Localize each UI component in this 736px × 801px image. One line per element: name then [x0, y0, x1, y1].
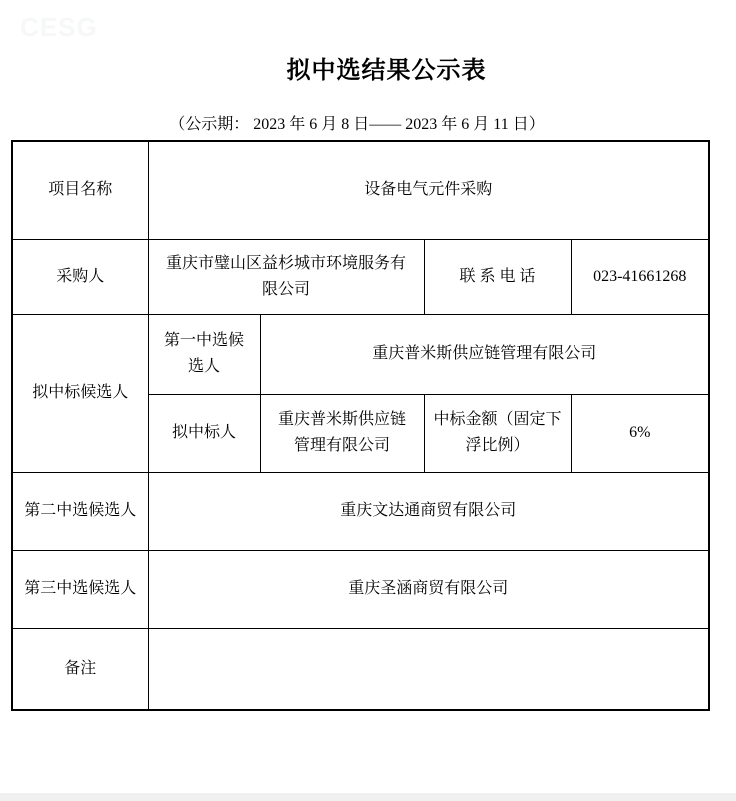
first-candidate-label: 第一中选候选人	[148, 314, 260, 394]
project-name-value: 设备电气元件采购	[148, 141, 709, 239]
award-amount-value: 6%	[571, 394, 709, 472]
proposed-winner-value: 重庆普米斯供应链管理有限公司	[260, 394, 424, 472]
publicity-period: （公示期： 2023 年 6 月 8 日—— 2023 年 6 月 11 日）	[0, 111, 714, 134]
first-candidate-value: 重庆普米斯供应链管理有限公司	[260, 314, 709, 394]
proposed-winner-value-text: 重庆普米斯供应链管理有限公司	[277, 407, 407, 458]
table-row-third-candidate: 第三中选候选人 重庆圣涵商贸有限公司	[12, 550, 709, 628]
table-row-remarks: 备注	[12, 628, 709, 710]
project-name-label: 项目名称	[12, 141, 148, 239]
purchaser-value-text: 重庆市璧山区益杉城市环境服务有限公司	[164, 251, 409, 302]
page-title: 拟中选结果公示表	[37, 50, 736, 85]
cesg-watermark: CESG	[20, 12, 98, 43]
table-row-first-candidate: 拟中标候选人 第一中选候选人 重庆普米斯供应链管理有限公司	[12, 314, 709, 394]
table-row-project: 项目名称 设备电气元件采购	[12, 141, 709, 239]
award-amount-label: 中标金额（固定下浮比例）	[424, 394, 571, 472]
remarks-value	[148, 628, 709, 710]
contact-phone-value: 023-41661268	[571, 239, 709, 314]
first-candidate-label-text: 第一中选候选人	[162, 328, 246, 379]
third-candidate-value: 重庆圣涵商贸有限公司	[148, 550, 709, 628]
proposed-winner-label: 拟中标人	[148, 394, 260, 472]
bottom-page-edge	[0, 793, 736, 801]
candidates-label: 拟中标候选人	[12, 314, 148, 472]
table-row-purchaser: 采购人 重庆市璧山区益杉城市环境服务有限公司 联 系 电 话 023-41661…	[12, 239, 709, 314]
second-candidate-value: 重庆文达通商贸有限公司	[148, 472, 709, 550]
second-candidate-label: 第二中选候选人	[12, 472, 148, 550]
purchaser-label: 采购人	[12, 239, 148, 314]
remarks-label: 备注	[12, 628, 148, 710]
third-candidate-label: 第三中选候选人	[12, 550, 148, 628]
award-amount-label-text: 中标金额（固定下浮比例）	[433, 407, 563, 458]
contact-phone-label: 联 系 电 话	[424, 239, 571, 314]
table-row-second-candidate: 第二中选候选人 重庆文达通商贸有限公司	[12, 472, 709, 550]
purchaser-value: 重庆市璧山区益杉城市环境服务有限公司	[148, 239, 424, 314]
result-table: 项目名称 设备电气元件采购 采购人 重庆市璧山区益杉城市环境服务有限公司 联 系…	[11, 140, 710, 711]
